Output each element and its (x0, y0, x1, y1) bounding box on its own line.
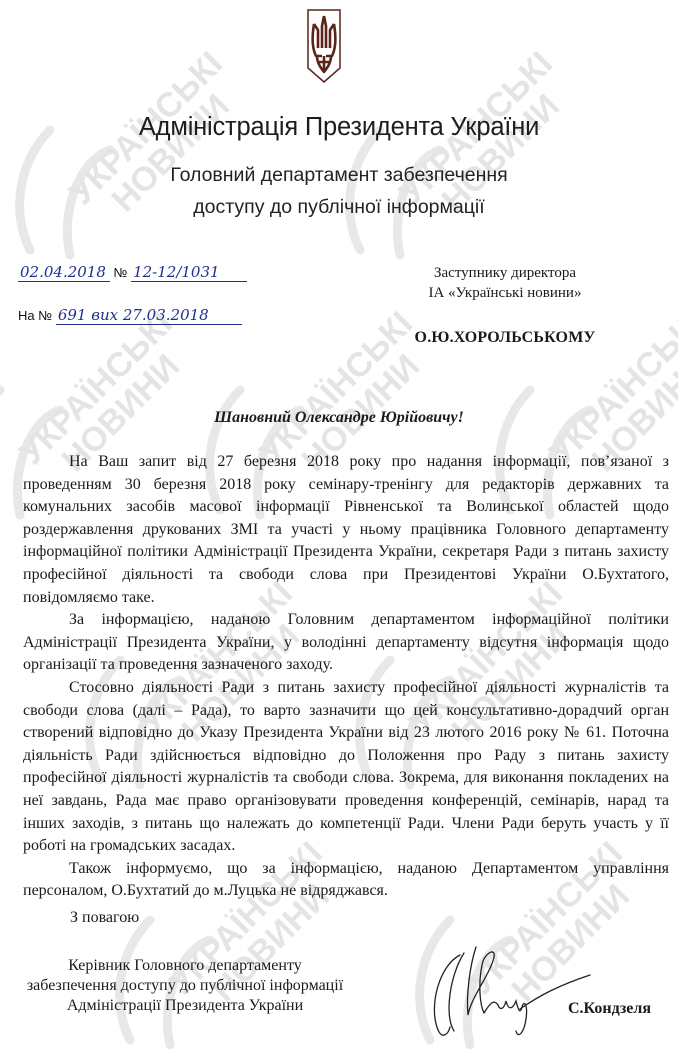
department-title-line1: Головний департамент забезпечення (0, 164, 678, 187)
in-reply-value: 691 вих 27.03.2018 (56, 307, 242, 325)
letter-body: На Ваш запит від 27 березня 2018 року пр… (23, 451, 669, 903)
signatory-title-line3: Адміністрації Президента України (20, 996, 350, 1016)
body-paragraph: За інформацією, наданою Головним департа… (23, 609, 669, 677)
outgoing-date: 02.04.2018 (18, 264, 110, 282)
closing-phrase: З повагою (70, 909, 139, 927)
in-reply-label: На № (18, 308, 52, 323)
registration-line: 02.04.2018 № 12-12/1031 (18, 264, 247, 282)
in-reply-line: На № 691 вих 27.03.2018 (18, 307, 242, 325)
outgoing-number: 12-12/1031 (131, 264, 247, 282)
salutation: Шановний Олександре Юрійовичу! (0, 409, 678, 427)
addressee-name: О.Ю.ХОРОЛЬСЬКОМУ (380, 329, 630, 347)
addressee-organization: ІА «Українські новини» (380, 283, 630, 304)
addressee-position: Заступнику директора (380, 263, 630, 284)
number-label: № (114, 265, 128, 280)
signatory-title-line1: Керівник Головного департаменту (20, 956, 350, 976)
letter-page: Адміністрація Президента України Головни… (0, 0, 678, 1055)
signatory-title-line2: забезпечення доступу до публічної інформ… (20, 976, 350, 996)
organization-title: Адміністрація Президента України (0, 113, 678, 142)
signer-name: С.Кондзеля (568, 1000, 651, 1018)
coat-of-arms-trident-icon (306, 8, 342, 84)
department-title-line2: доступу до публічної інформації (0, 196, 678, 219)
body-paragraph: На Ваш запит від 27 березня 2018 року пр… (23, 451, 669, 609)
handwritten-signature-icon (420, 935, 600, 1043)
body-paragraph: Стосовно діяльності Ради з питань захист… (23, 677, 669, 858)
body-paragraph: Також інформуємо, що за інформацією, над… (23, 858, 669, 903)
signatory-title: Керівник Головного департаменту забезпеч… (20, 956, 350, 1016)
